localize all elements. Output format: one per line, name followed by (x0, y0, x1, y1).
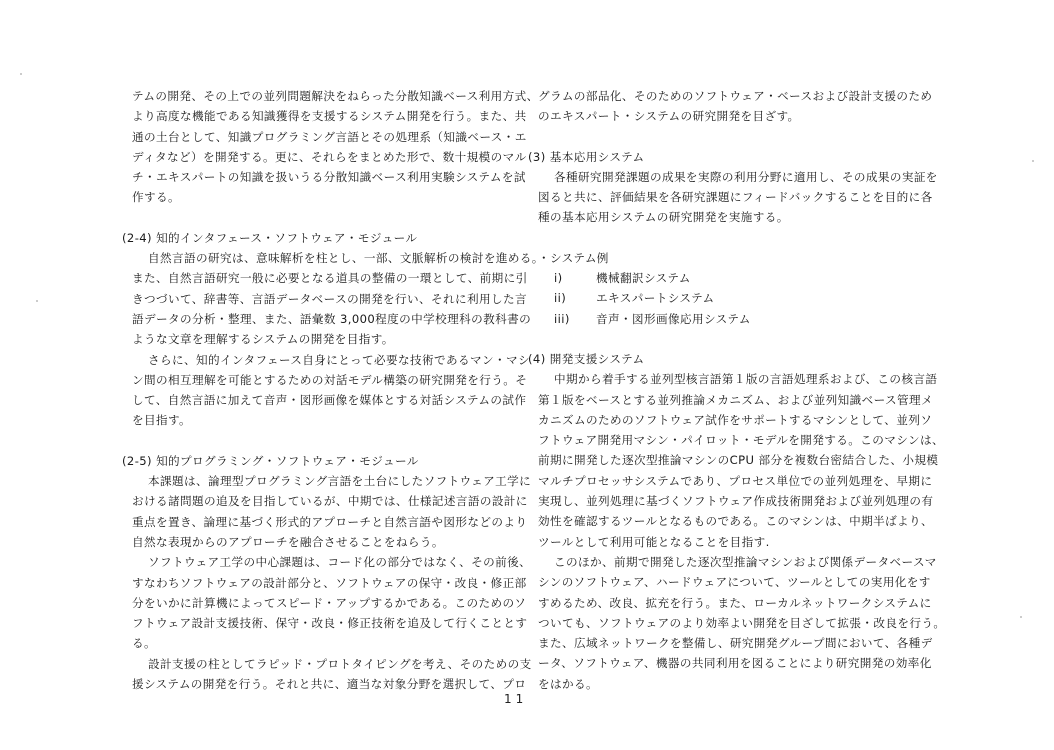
text-line: すめるため、改良、拡充を行う。また、ローカルネットワークシステムに (538, 593, 948, 613)
text-line: ついても、ソフトウェアのより効率よい開発を目ざして拡張・改良を行う。 (538, 613, 948, 633)
scan-speck (36, 300, 38, 302)
text-line: 自然言語の研究は、意味解析を柱とし、一部、文脈解析の検討を進める。 (132, 248, 522, 268)
text-line: 通の土台として、知識プログラミング言語とその処理系（知識ベース・エ (132, 127, 522, 147)
text-line: 各種研究開発課題の成果を実際の利用分野に適用し、その成果の実証を (538, 167, 948, 187)
section-2-5: (2-5) 知的プログラミング・ソフトウェア・モジュール 本課題は、論理型プログ… (132, 451, 522, 695)
item-label: エキスパートシステム (596, 291, 715, 305)
examples-label: ・システム例 (538, 248, 948, 268)
section-4: (4) 開発支援システム 中期から着手する並列型核言語第１版の言語処理系および、… (538, 349, 948, 694)
text-line: 分をいかに計算機によってスピード・アップするかである。このためのソ (132, 593, 522, 613)
text-line: 自然な表現からのアプローチを融合させることをねらう。 (132, 532, 522, 552)
text-line: 効性を確認するツールとなるものである。このマシンは、中期半ばより、 (538, 511, 948, 531)
page-number: 11 (504, 692, 527, 706)
text-line: ン間の相互理解を可能とするための対話モデル構築の研究開発を行う。そ (132, 370, 522, 390)
text-line: さらに、知的インタフェース自身にとって必要な技術であるマン・マシ (132, 350, 522, 370)
section-2-4: (2-4) 知的インタフェース・ソフトウェア・モジュール 自然言語の研究は、意味… (132, 228, 522, 431)
text-line: ツールとして利用可能となることを目指す. (538, 532, 948, 552)
text-line: をはかる。 (538, 674, 948, 694)
scan-speck (1032, 160, 1034, 162)
section-heading: (2-4) 知的インタフェース・ソフトウェア・モジュール (122, 228, 522, 248)
scan-speck (20, 73, 22, 75)
text-line: ソフトウェア工学の中心課題は、コード化の部分ではなく、その前後、 (132, 552, 522, 572)
text-line: ディタなど）を開発する。更に、それらをまとめた形で、数十規模のマル (132, 147, 522, 167)
text-line: 設計支援の柱としてラピッド・プロトタイピングを考え、そのための支 (132, 654, 522, 674)
continuation-paragraph: グラムの部品化、そのためのソフトウェア・ベースおよび設計支援のため のエキスパー… (538, 86, 948, 127)
text-line: 語データの分析・整理、また、語彙数 3,000程度の中学校理科の教科書の (132, 309, 522, 329)
text-line: テムの開発、その上での並列問題解決をねらった分散知識ベース利用方式、 (132, 86, 522, 106)
text-line: 本課題は、論理型プログラミング言語を土台にしたソフトウェア工学に (132, 471, 522, 491)
example-item: i)機械翻訳システム (538, 268, 948, 288)
text-line: すなわちソフトウェアの設計部分と、ソフトウェアの保守・改良・修正部 (132, 573, 522, 593)
text-line: 実現し、並列処理に基づくソフトウェア作成技術開発および並列処理の有 (538, 491, 948, 511)
text-line: 第１版をベースとする並列推論メカニズム、および並列知識ベース管理メ (538, 390, 948, 410)
right-column: グラムの部品化、そのためのソフトウェア・ベースおよび設計支援のため のエキスパー… (538, 86, 948, 694)
text-line: る。 (132, 633, 522, 653)
intro-paragraph: テムの開発、その上での並列問題解決をねらった分散知識ベース利用方式、 より高度な… (132, 86, 522, 208)
text-line: 前期に開発した逐次型推論マシンのCPU 部分を複数台密結合した、小規模 (538, 450, 948, 470)
item-number: ii) (554, 288, 596, 308)
item-label: 音声・図形画像応用システム (596, 312, 751, 326)
left-column: テムの開発、その上での並列問題解決をねらった分散知識ベース利用方式、 より高度な… (132, 86, 522, 694)
text-line: ような文章を理解するシステムの開発を目指す。 (132, 329, 522, 349)
scan-speck (1020, 616, 1022, 618)
text-line: ータ、ソフトウェア、機器の共同利用を図ることにより研究開発の効率化 (538, 653, 948, 673)
text-line: のエキスパート・システムの研究開発を目ざす。 (538, 106, 948, 126)
text-line: チ・エキスパートの知識を扱いうる分散知識ベース利用実験システムを試 (132, 167, 522, 187)
text-line: して、自然言語に加えて音声・図形画像を媒体とする対話システムの試作 (132, 390, 522, 410)
text-line: 重点を置き、論理に基づく形式的アプローチと自然言語や図形などのより (132, 512, 522, 532)
text-line: また、広域ネットワークを整備し、研究開発グループ間において、各種デ (538, 633, 948, 653)
text-line: より高度な機能である知識獲得を支援するシステム開発を行う。また、共 (132, 106, 522, 126)
text-line: グラムの部品化、そのためのソフトウェア・ベースおよび設計支援のため (538, 86, 948, 106)
text-line: 図ると共に、評価結果を各研究課題にフィードバックすることを目的に各 (538, 187, 948, 207)
text-line: 中期から着手する並列型核言語第１版の言語処理系および、この核言語 (538, 369, 948, 389)
text-line: きつづいて、辞書等、言語データベースの開発を行い、それに利用した言 (132, 289, 522, 309)
text-line: 援システムの開発を行う。それと共に、適当な対象分野を選択して、プロ (132, 674, 522, 694)
text-line: を目指す。 (132, 410, 522, 430)
text-line: フトウェア設計支援技術、保守・改良・修正技術を追及して行くこととす (132, 613, 522, 633)
item-label: 機械翻訳システム (596, 271, 691, 285)
section-heading: (4) 開発支援システム (528, 349, 948, 369)
text-line: フトウェア開発用マシン・パイロット・モデルを開発する。このマシンは、 (538, 430, 948, 450)
text-line: カニズムのためのソフトウェア試作をサポートするマシンとして、並列ソ (538, 410, 948, 430)
item-number: iii) (554, 309, 596, 329)
text-line: 種の基本応用システムの研究開発を実施する。 (538, 207, 948, 227)
text-line: おける諸問題の追及を目指しているが、中期では、仕様記述言語の設計に (132, 491, 522, 511)
section-3: (3) 基本応用システム 各種研究開発課題の成果を実際の利用分野に適用し、その成… (538, 147, 948, 329)
section-heading: (3) 基本応用システム (528, 147, 948, 167)
text-line: 作する。 (132, 187, 522, 207)
item-number: i) (554, 268, 596, 288)
text-line: このほか、前期で開発した逐次型推論マシンおよび関係データベースマ (538, 552, 948, 572)
example-item: ii)エキスパートシステム (538, 288, 948, 308)
section-heading: (2-5) 知的プログラミング・ソフトウェア・モジュール (122, 451, 522, 471)
example-item: iii)音声・図形画像応用システム (538, 309, 948, 329)
text-line: シンのソフトウェア、ハードウェアについて、ツールとしての実用化をす (538, 572, 948, 592)
text-line: マルチプロセッサシステムであり、プロセス単位での並列処理を、早期に (538, 471, 948, 491)
text-line: また、自然言語研究一般に必要となる道具の整備の一環として、前期に引 (132, 268, 522, 288)
